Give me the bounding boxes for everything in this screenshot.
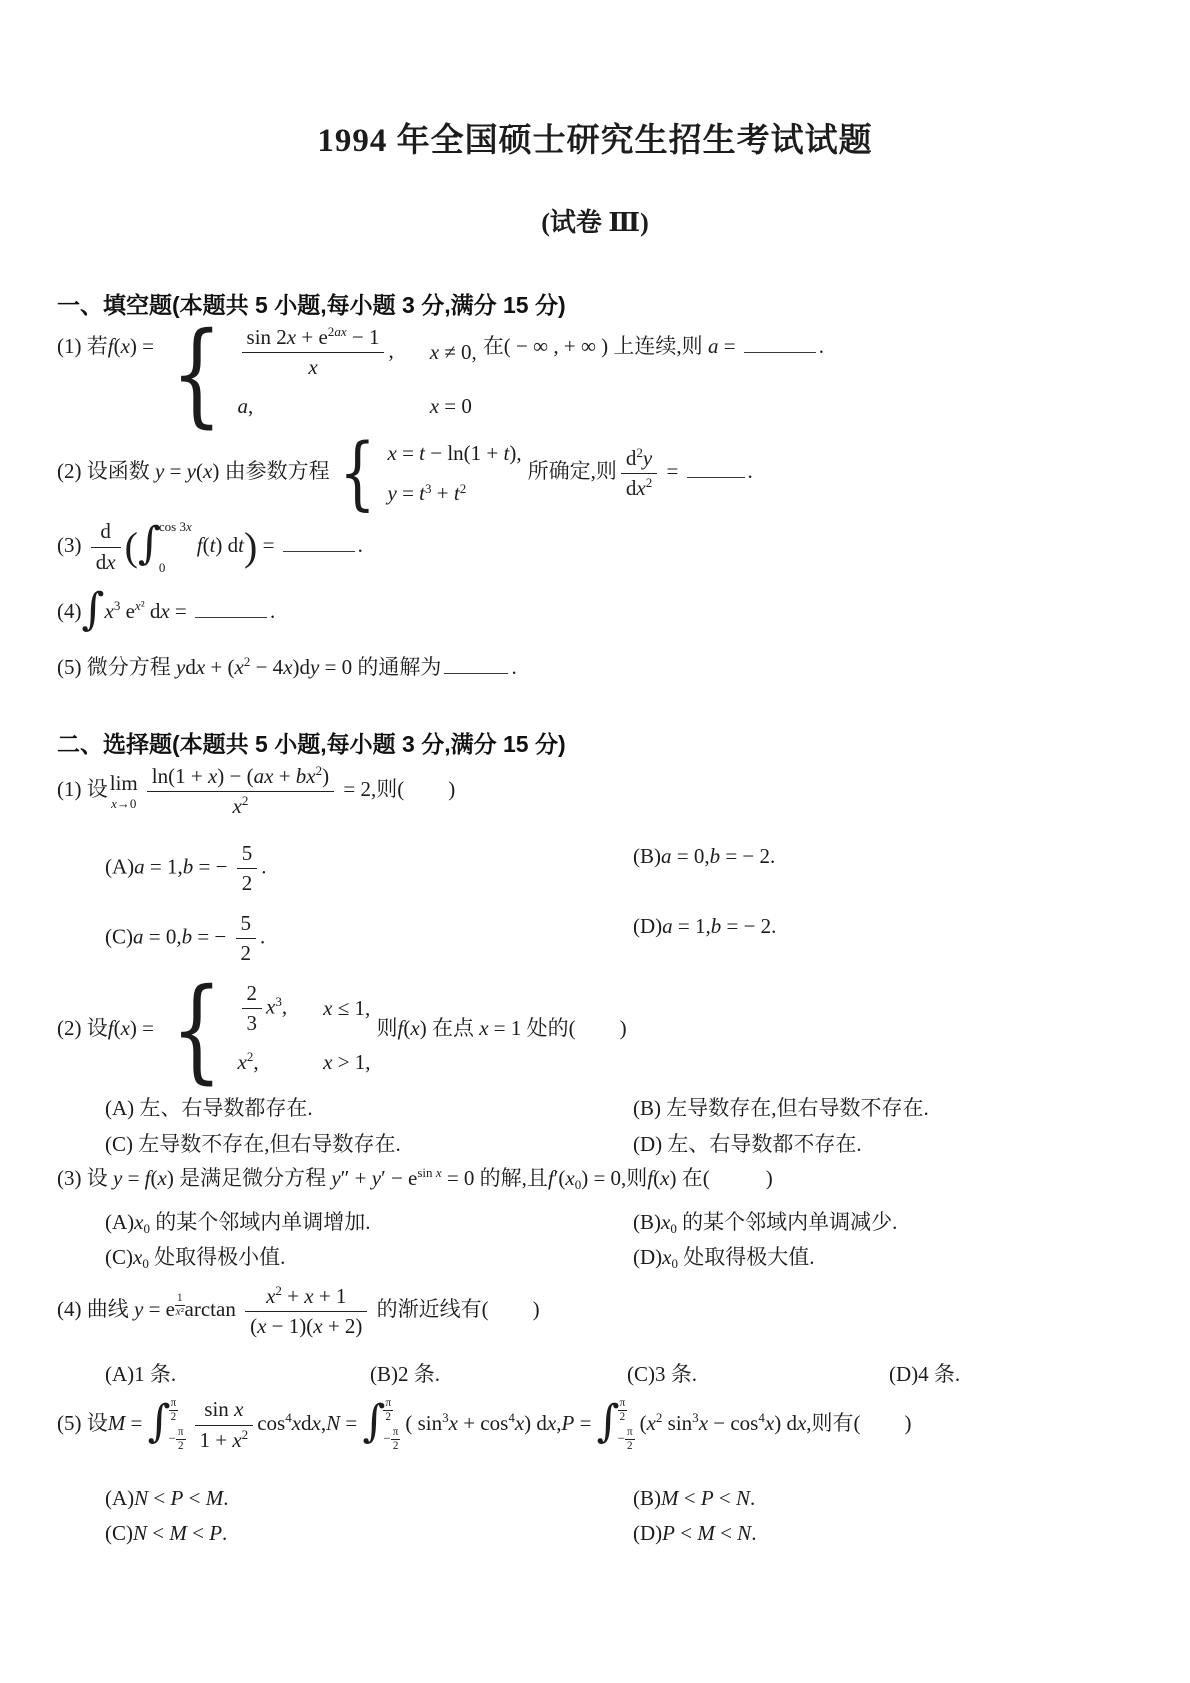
choice-question-2-options-row-1: (A) 左、右导数都存在. (B) 左导数存在,但右导数不存在.	[105, 1094, 1150, 1123]
choice-question-3-stem: (3) 设 y = f(x) 是满足微分方程 y″ + y′ − esin x …	[57, 1163, 773, 1193]
choice-question-4-stem: (4) 曲线 y = e1x²arctan x2 + x + 1(x − 1)(…	[57, 1285, 540, 1338]
exam-paper-page: 1994 年全国硕士研究生招生考试试题 (试卷 Ⅲ) 一、填空题(本题共 5 小…	[0, 0, 1190, 1683]
fill-question-5-formula: (5) 微分方程 ydx + (x2 − 4x)dy = 0 的通解为.	[57, 655, 517, 679]
choice-question-3-options-row-2: (C)x0 处取得极小值. (D)x0 处取得极大值.	[105, 1243, 1150, 1272]
fill-question-3-formula: (3) ddx(∫cos 3x0f(t) dt) = .	[57, 533, 363, 557]
fill-question-1: (1) 若f(x) = {sin 2x + e2ax − 1x,x ≠ 0,a,…	[57, 300, 824, 396]
fill-question-4-formula: (4)∫x3 ex² dx = .	[57, 599, 275, 623]
fill-question-3: (3) ddx(∫cos 3x0f(t) dt) = .	[57, 520, 363, 574]
choice-question-2-options-row-2: (C) 左导数不存在,但右导数存在. (D) 左、右导数都不存在.	[105, 1130, 1150, 1159]
choice-q2-option-c: (C) 左导数不存在,但右导数存在.	[105, 1130, 633, 1159]
choice-question-2-formula: (2) 设f(x) = {23x3,x ≤ 1,x2,x > 1,则f(x) 在…	[57, 1016, 627, 1040]
choice-question-4-options: (A)1 条. (B)2 条. (C)3 条. (D)4 条.	[105, 1360, 1150, 1389]
choice-q4-option-d: (D)4 条.	[889, 1360, 1150, 1389]
choice-q3-option-c: (C)x0 处取得极小值.	[105, 1243, 633, 1272]
choice-q3-option-d: (D)x0 处取得极大值.	[633, 1243, 1150, 1272]
choice-q1-option-d: (D)a = 1,b = − 2.	[633, 912, 1150, 965]
choice-q2-option-a: (A) 左、右导数都存在.	[105, 1094, 633, 1123]
choice-question-5-options-row-1: (A)N < P < M. (B)M < P < N.	[105, 1484, 1150, 1513]
choice-question-1-options-row-2: (C)a = 0,b = − 52. (D)a = 1,b = − 2.	[105, 912, 1150, 965]
fill-question-5: (5) 微分方程 ydx + (x2 − 4x)dy = 0 的通解为.	[57, 652, 517, 682]
choice-question-5-stem: (5) 设M = ∫π2−π2sin x1 + x2cos4xdx,N = ∫π…	[57, 1398, 912, 1452]
fill-question-2: (2) 设函数 y = y(x) 由参数方程{x = t − ln(1 + t)…	[57, 438, 753, 509]
choice-q1-option-a: (A)a = 1,b = − 52.	[105, 842, 633, 895]
choice-q3-option-a: (A)x0 的某个邻域内单调增加.	[105, 1208, 633, 1237]
choice-question-5-formula: (5) 设M = ∫π2−π2sin x1 + x2cos4xdx,N = ∫π…	[57, 1411, 912, 1435]
choice-q5-option-a: (A)N < P < M.	[105, 1484, 633, 1513]
fill-question-1-formula: (1) 若f(x) = {sin 2x + e2ax − 1x,x ≠ 0,a,…	[57, 334, 824, 358]
choice-q1-option-c: (C)a = 0,b = − 52.	[105, 912, 633, 965]
choice-q4-option-a: (A)1 条.	[105, 1360, 370, 1389]
exam-subtitle: (试卷 Ⅲ)	[0, 202, 1190, 239]
choice-question-3-options-row-1: (A)x0 的某个邻域内单调增加. (B)x0 的某个邻域内单调减少.	[105, 1208, 1150, 1237]
choice-q5-option-b: (B)M < P < N.	[633, 1484, 1150, 1513]
choice-question-1-options-row-1: (A)a = 1,b = − 52. (B)a = 0,b = − 2.	[105, 842, 1150, 895]
fill-question-2-formula: (2) 设函数 y = y(x) 由参数方程{x = t − ln(1 + t)…	[57, 459, 753, 483]
choice-question-5-options-row-2: (C)N < M < P. (D)P < M < N.	[105, 1519, 1150, 1548]
fill-question-4: (4)∫x3 ex² dx = .	[57, 596, 275, 626]
choice-question-1-stem: (1) 设limx→0ln(1 + x) − (ax + bx2)x2 = 2,…	[57, 765, 455, 818]
choice-q5-option-d: (D)P < M < N.	[633, 1519, 1150, 1548]
section-2-header: 二、选择题(本题共 5 小题,每小题 3 分,满分 15 分)	[57, 726, 566, 759]
choice-question-4-formula: (4) 曲线 y = e1x²arctan x2 + x + 1(x − 1)(…	[57, 1297, 540, 1321]
choice-q4-option-b: (B)2 条.	[370, 1360, 627, 1389]
exam-title: 1994 年全国硕士研究生招生考试试题	[0, 114, 1190, 161]
choice-question-2-stem: (2) 设f(x) = {23x3,x ≤ 1,x2,x > 1,则f(x) 在…	[57, 982, 627, 1078]
choice-q2-option-b: (B) 左导数存在,但右导数不存在.	[633, 1094, 1150, 1123]
choice-q2-option-d: (D) 左、右导数都不存在.	[633, 1130, 1150, 1159]
choice-q5-option-c: (C)N < M < P.	[105, 1519, 633, 1548]
choice-question-3-formula: (3) 设 y = f(x) 是满足微分方程 y″ + y′ − esin x …	[57, 1166, 773, 1190]
choice-q3-option-b: (B)x0 的某个邻域内单调减少.	[633, 1208, 1150, 1237]
choice-question-1-formula: (1) 设limx→0ln(1 + x) − (ax + bx2)x2 = 2,…	[57, 777, 455, 801]
choice-q4-option-c: (C)3 条.	[627, 1360, 889, 1389]
choice-q1-option-b: (B)a = 0,b = − 2.	[633, 842, 1150, 895]
